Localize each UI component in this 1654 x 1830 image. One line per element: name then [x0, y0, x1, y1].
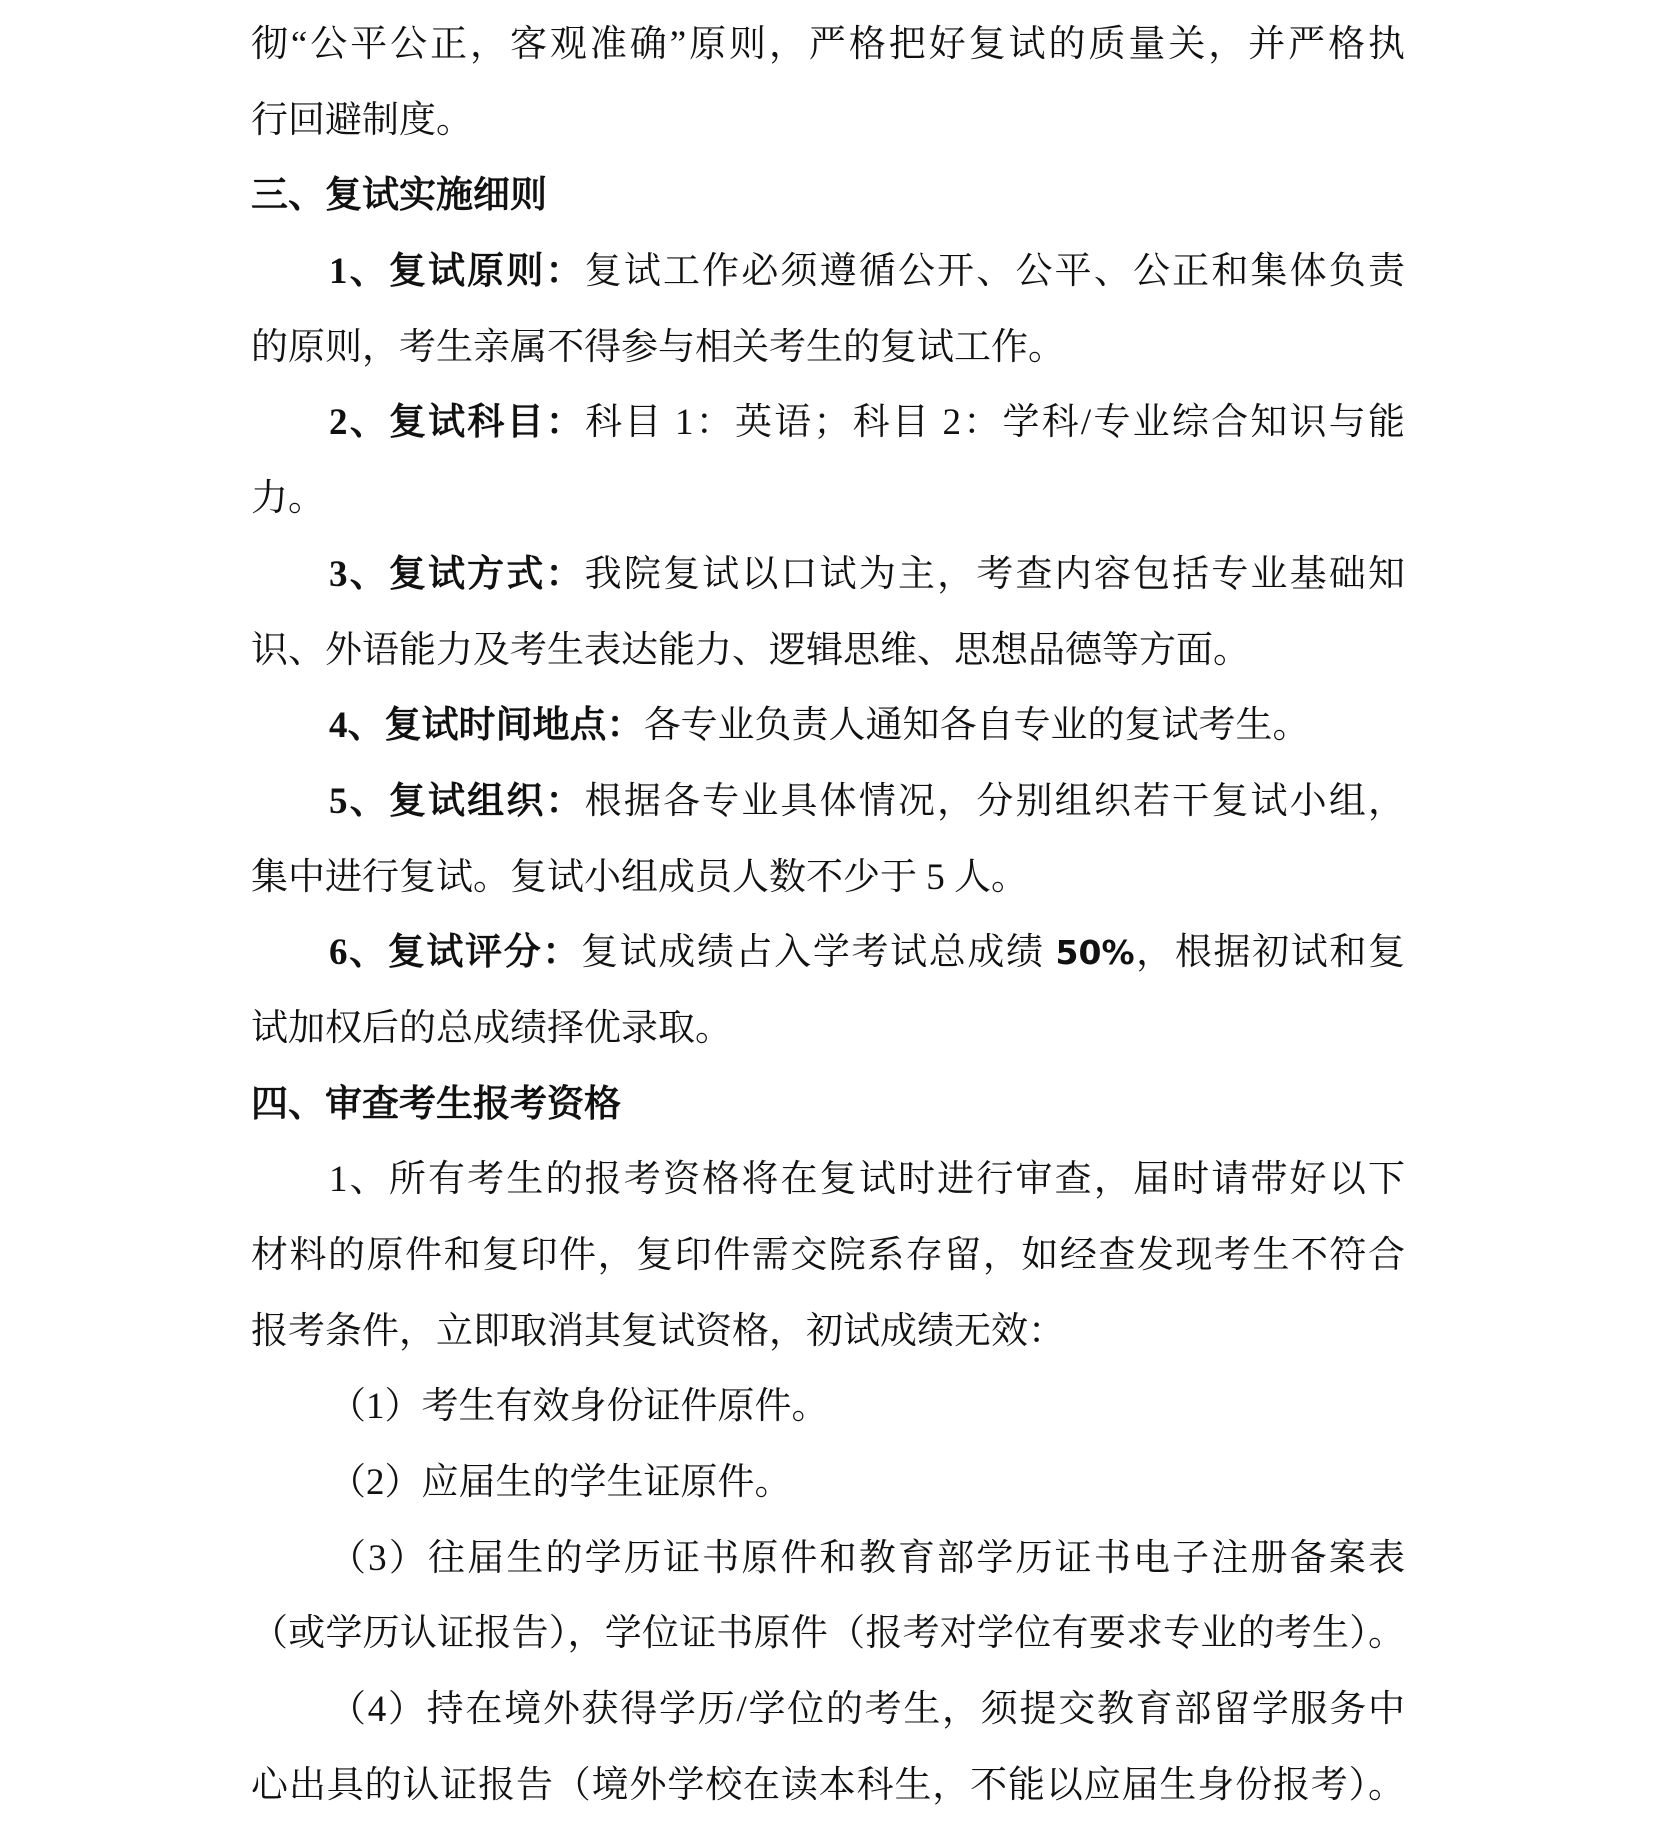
item-retest-format: 3、复试方式：我院复试以口试为主，考查内容包括专业基础知 识、外语能力及考生表达… — [251, 537, 1405, 688]
material-line: （3）往届生的学历证书原件和教育部学历证书电子注册备案表 — [251, 1521, 1405, 1597]
item-label: 2、复试科目： — [329, 402, 585, 443]
document-page: 彻“公平公正，客观准确”原则，严格把好复试的质量关，并严格执 行回避制度。 三、… — [0, 0, 1654, 1830]
score-weight-emphasis: 50% — [1056, 933, 1135, 972]
material-line: （或学历认证报告），学位证书原件（报考对学位有要求专业的考生）。 — [251, 1596, 1405, 1672]
item-label: 3、复试方式： — [329, 554, 585, 595]
item-continuation-line: 试加权后的总成绩择优录取。 — [251, 991, 1405, 1067]
item-label: 1、复试原则： — [329, 251, 585, 292]
section-heading: 四、审查考生报考资格 — [251, 1067, 1405, 1143]
item-text: 我院复试以口试为主，考查内容包括专业基础知 — [585, 554, 1405, 595]
material-item-overseas-certification: （4）持在境外获得学历/学位的考生，须提交教育部留学服务中 心出具的认证报告（境… — [251, 1672, 1405, 1823]
paragraph-line: 1、所有考生的报考资格将在复试时进行审查，届时请带好以下 — [251, 1142, 1405, 1218]
material-item-diploma: （3）往届生的学历证书原件和教育部学历证书电子注册备案表 （或学历认证报告），学… — [251, 1521, 1405, 1672]
eligibility-intro-paragraph: 1、所有考生的报考资格将在复试时进行审查，届时请带好以下 材料的原件和复印件，复… — [251, 1142, 1405, 1369]
paragraph-continuation: 彻“公平公正，客观准确”原则，严格把好复试的质量关，并严格执 行回避制度。 — [251, 7, 1405, 158]
section-heading: 三、复试实施细则 — [251, 158, 1405, 234]
material-line: （2）应届生的学生证原件。 — [251, 1445, 1405, 1521]
item-continuation-line: 力。 — [251, 461, 1405, 537]
item-label: 5、复试组织： — [329, 781, 585, 822]
paragraph-line: 彻“公平公正，客观准确”原则，严格把好复试的质量关，并严格执 — [251, 7, 1405, 83]
item-continuation-line: 识、外语能力及考生表达能力、逻辑思维、思想品德等方面。 — [251, 613, 1405, 689]
item-retest-scoring: 6、复试评分：复试成绩占入学考试总成绩 50%，根据初试和复 试加权后的总成绩择… — [251, 915, 1405, 1066]
item-label: 4、复试时间地点： — [329, 705, 644, 746]
item-first-line: 3、复试方式：我院复试以口试为主，考查内容包括专业基础知 — [251, 537, 1405, 613]
item-first-line: 4、复试时间地点：各专业负责人通知各自专业的复试考生。 — [251, 688, 1405, 764]
item-label: 6、复试评分： — [329, 932, 581, 973]
item-continuation-line: 集中进行复试。复试小组成员人数不少于 5 人。 — [251, 840, 1405, 916]
item-first-line: 1、复试原则：复试工作必须遵循公开、公平、公正和集体负责 — [251, 234, 1405, 310]
item-retest-time-location: 4、复试时间地点：各专业负责人通知各自专业的复试考生。 — [251, 688, 1405, 764]
paragraph-line: 材料的原件和复印件，复印件需交院系存留，如经查发现考生不符合 — [251, 1218, 1405, 1294]
material-item-id-card: （1）考生有效身份证件原件。 — [251, 1369, 1405, 1445]
material-line: （4）持在境外获得学历/学位的考生，须提交教育部留学服务中 — [251, 1672, 1405, 1748]
item-retest-principle: 1、复试原则：复试工作必须遵循公开、公平、公正和集体负责 的原则，考生亲属不得参… — [251, 234, 1405, 385]
paragraph-line: 报考条件，立即取消其复试资格，初试成绩无效： — [251, 1294, 1405, 1370]
item-continuation-line: 的原则，考生亲属不得参与相关考生的复试工作。 — [251, 310, 1405, 386]
item-retest-organization: 5、复试组织：根据各专业具体情况，分别组织若干复试小组， 集中进行复试。复试小组… — [251, 764, 1405, 915]
item-text: 根据各专业具体情况，分别组织若干复试小组， — [585, 781, 1405, 822]
item-retest-subjects: 2、复试科目：科目 1：英语；科目 2：学科/专业综合知识与能 力。 — [251, 385, 1405, 536]
document-body: 彻“公平公正，客观准确”原则，严格把好复试的质量关，并严格执 行回避制度。 三、… — [251, 7, 1405, 1824]
item-first-line: 6、复试评分：复试成绩占入学考试总成绩 50%，根据初试和复 — [251, 915, 1405, 991]
material-line: （1）考生有效身份证件原件。 — [251, 1369, 1405, 1445]
item-text: 复试成绩占入学考试总成绩 — [581, 932, 1056, 973]
section-eligibility-review: 四、审查考生报考资格 1、所有考生的报考资格将在复试时进行审查，届时请带好以下 … — [251, 1067, 1405, 1824]
item-first-line: 2、复试科目：科目 1：英语；科目 2：学科/专业综合知识与能 — [251, 385, 1405, 461]
paragraph-line: 行回避制度。 — [251, 83, 1405, 159]
material-line: 心出具的认证报告（境外学校在读本科生，不能以应届生身份报考）。 — [251, 1748, 1405, 1824]
item-text: 复试工作必须遵循公开、公平、公正和集体负责 — [585, 251, 1405, 292]
material-item-student-card: （2）应届生的学生证原件。 — [251, 1445, 1405, 1521]
item-text: 各专业负责人通知各自专业的复试考生。 — [644, 705, 1310, 746]
item-text: 科目 1：英语；科目 2：学科/专业综合知识与能 — [585, 402, 1405, 443]
section-retest-rules: 三、复试实施细则 1、复试原则：复试工作必须遵循公开、公平、公正和集体负责 的原… — [251, 158, 1405, 1066]
item-first-line: 5、复试组织：根据各专业具体情况，分别组织若干复试小组， — [251, 764, 1405, 840]
item-text-tail: ，根据初试和复 — [1135, 932, 1405, 973]
